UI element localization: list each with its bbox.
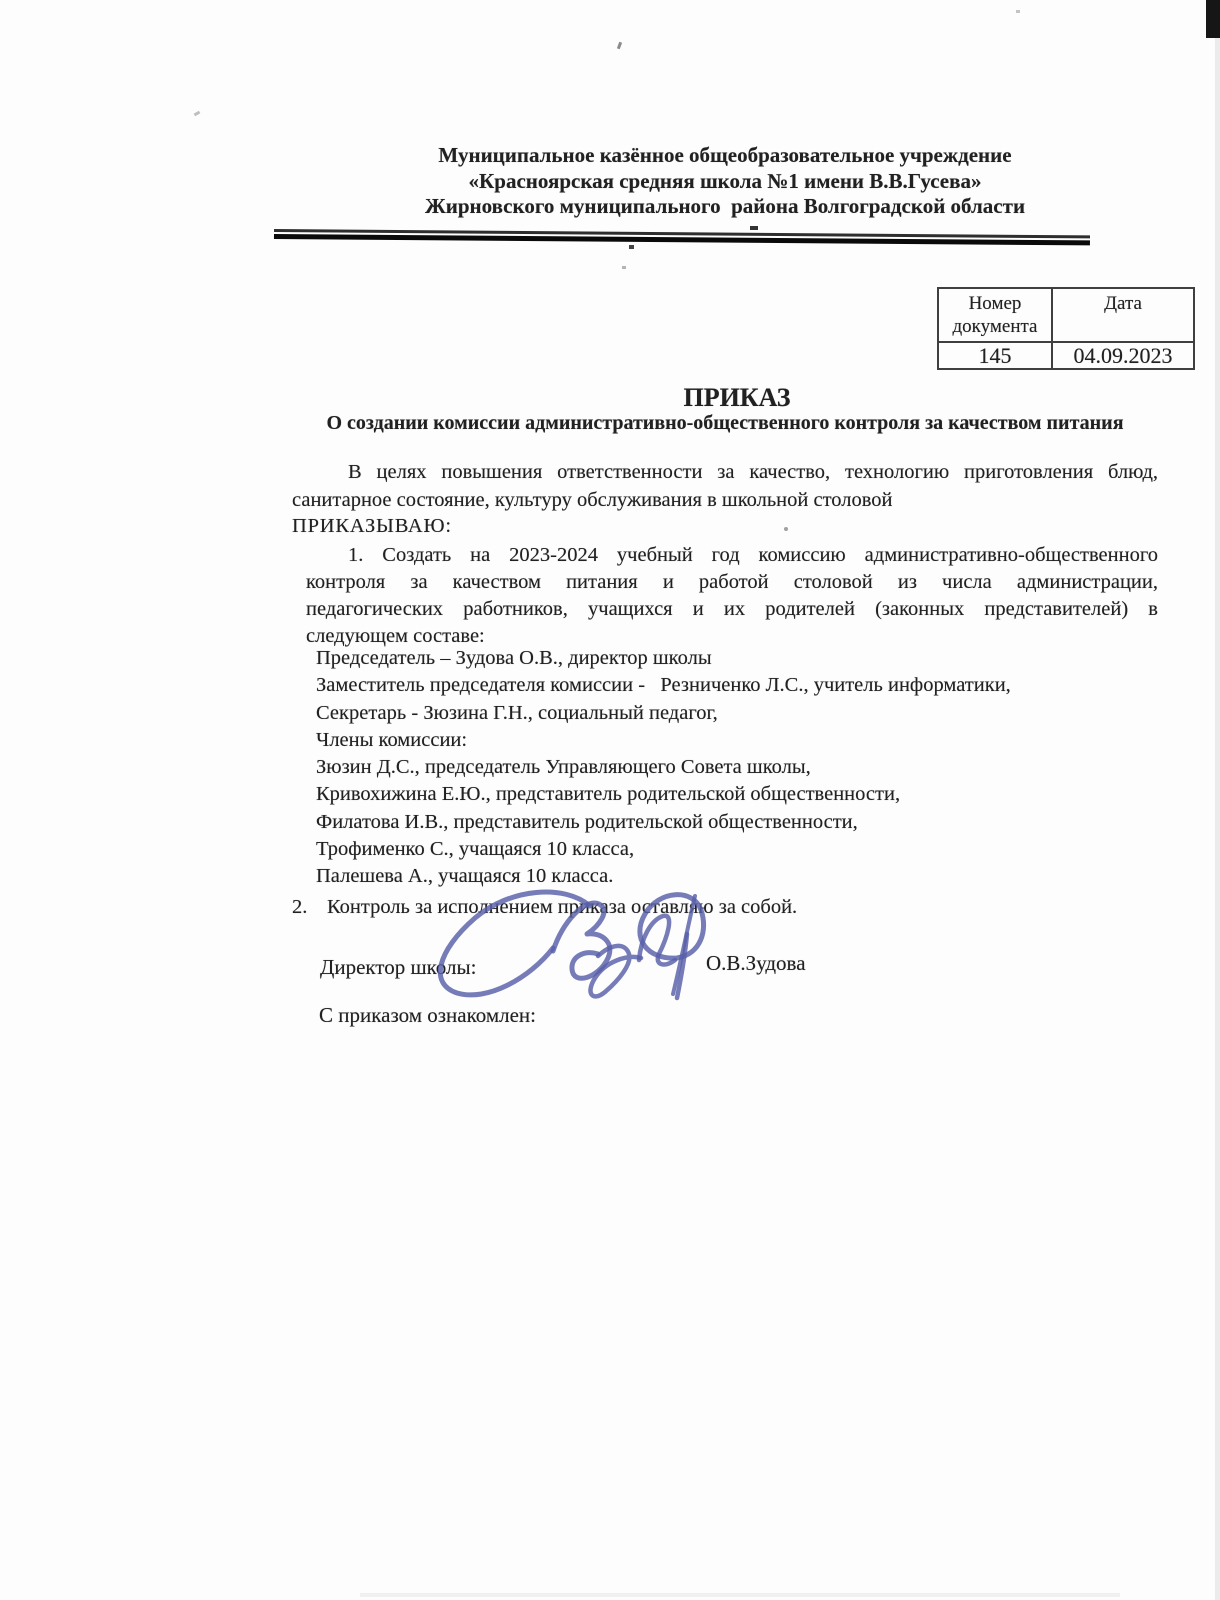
preamble-line: санитарное состояние, культуру обслужива… xyxy=(292,487,1158,515)
commission-member-line: Секретарь - Зюзина Г.Н., социальный педа… xyxy=(316,700,1011,727)
preamble-line: В целях повышения ответственности за кач… xyxy=(292,459,1158,487)
order-preamble: В целях повышения ответственности за кач… xyxy=(292,459,1158,514)
scan-speck xyxy=(622,266,626,269)
scan-speck xyxy=(784,527,788,531)
commission-member-line: Председатель – Зудова О.В., директор шко… xyxy=(316,645,1011,672)
scanned-order-document: Муниципальное казённое общеобразовательн… xyxy=(0,0,1220,1600)
acknowledgement-line: С приказом ознакомлен: xyxy=(319,1003,536,1028)
order-item-1: 1. Создать на 2023-2024 учебный год коми… xyxy=(306,542,1158,650)
signatory-name: О.В.Зудова xyxy=(706,951,806,976)
order-title: ПРИКАЗ xyxy=(292,383,1182,413)
decree-label: ПРИКАЗЫВАЮ: xyxy=(292,515,452,538)
commission-members-list: Председатель – Зудова О.В., директор шко… xyxy=(316,645,1011,891)
scan-corner-mark xyxy=(1206,0,1220,38)
doc-date-value-cell: 04.09.2023 xyxy=(1052,342,1194,369)
scan-speck xyxy=(617,42,622,50)
handwritten-signature xyxy=(415,866,715,1016)
commission-member-line: Заместитель председателя комиссии - Резн… xyxy=(316,672,1011,699)
document-info-table: Номер документа Дата 145 04.09.2023 xyxy=(937,287,1195,370)
doc-number-value-cell: 145 xyxy=(938,342,1052,369)
scan-bottom-smudge xyxy=(360,1593,1120,1597)
order-item-2-number: 2. xyxy=(292,896,327,919)
commission-member-line: Зюзин Д.С., председатель Управляющего Со… xyxy=(316,754,1011,781)
scan-speck xyxy=(750,226,758,230)
order-subject: О создании комиссии административно-обще… xyxy=(292,412,1158,435)
organization-header-line: Жирновского муниципального района Волгог… xyxy=(292,194,1158,220)
scan-speck xyxy=(194,111,201,117)
commission-member-line: Члены комиссии: xyxy=(316,727,1011,754)
doc-date-header-cell: Дата xyxy=(1052,288,1194,342)
organization-header-line: «Красноярская средняя школа №1 имени В.В… xyxy=(292,169,1158,195)
scan-edge-shadow xyxy=(1215,38,1220,1600)
scan-speck xyxy=(1016,10,1020,13)
commission-member-line: Кривохижина Е.Ю., представитель родитель… xyxy=(316,781,1011,808)
organization-header: Муниципальное казённое общеобразовательн… xyxy=(292,143,1158,220)
organization-header-line: Муниципальное казённое общеобразовательн… xyxy=(292,143,1158,169)
order-item-1-line: педагогических работников, учащихся и их… xyxy=(306,596,1158,623)
order-item-1-line: контроля за качеством питания и работой … xyxy=(306,569,1158,596)
order-item-1-line: 1. Создать на 2023-2024 учебный год коми… xyxy=(306,542,1158,569)
doc-number-header-cell: Номер документа xyxy=(938,288,1052,342)
header-divider-rule xyxy=(274,229,1090,245)
commission-member-line: Трофименко С., учащаяся 10 класса, xyxy=(316,836,1011,863)
commission-member-line: Филатова И.В., представитель родительско… xyxy=(316,809,1011,836)
scan-speck xyxy=(629,245,634,249)
